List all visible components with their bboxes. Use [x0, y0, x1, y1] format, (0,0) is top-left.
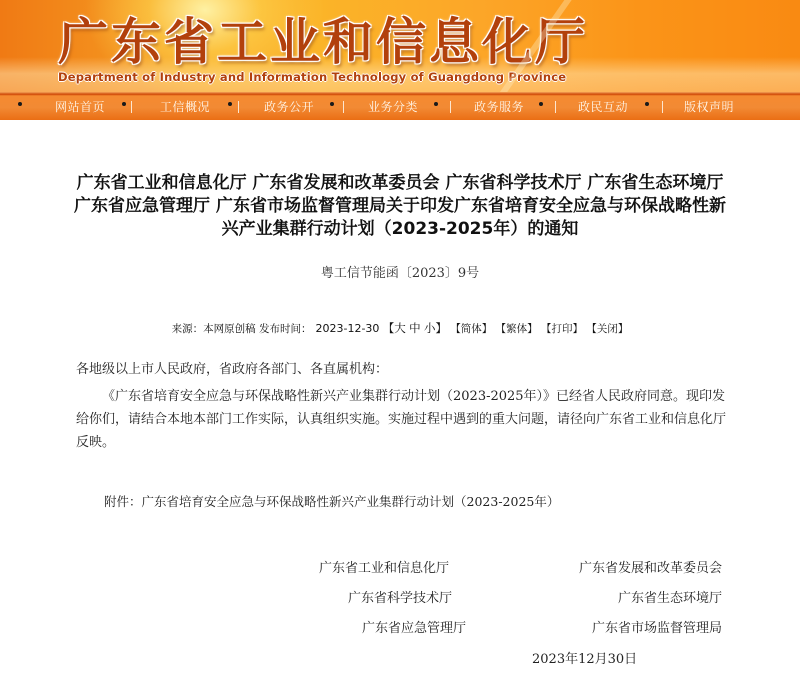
nav-label[interactable]: 业务分类 [368, 98, 418, 115]
simplified-chinese-link[interactable]: 【简体】 [450, 323, 492, 335]
nav-label[interactable]: 政民互动 [578, 98, 628, 115]
publish-label: 发布时间： [259, 323, 312, 335]
nav-divider [555, 101, 556, 113]
nav-label[interactable]: 版权声明 [684, 98, 734, 115]
signatory-left: 广东省科学技术厅 [348, 587, 452, 606]
signatory-left: 广东省工业和信息化厅 [319, 557, 449, 576]
nav-bullet-icon [645, 102, 649, 106]
nav-item-interaction[interactable]: 政民互动 [578, 92, 628, 120]
signatory-right: 广东省发展和改革委员会 [579, 557, 722, 576]
print-link[interactable]: 【打印】 [541, 323, 583, 335]
nav-bullet-icon [228, 102, 232, 106]
signatory-right: 广东省市场监督管理局 [592, 617, 722, 636]
document-number: 粤工信节能函〔2023〕9号 [0, 262, 800, 281]
salutation: 各地级以上市人民政府，省政府各部门、各直属机构： [76, 358, 388, 377]
nav-label[interactable]: 政务公开 [264, 98, 314, 115]
publish-date: 2023-12-30 [316, 322, 380, 335]
nav-label[interactable]: 工信概况 [160, 98, 210, 115]
nav-bullet-icon [330, 102, 334, 106]
nav-divider [662, 101, 663, 113]
attachment-link[interactable]: 附件：广东省培育安全应急与环保战略性新兴产业集群行动计划（2023-2025年） [104, 492, 559, 510]
signing-date: 2023年12月30日 [532, 648, 637, 667]
article-title: 广东省工业和信息化厅 广东省发展和改革委员会 广东省科学技术厅 广东省生态环境厅… [70, 172, 730, 241]
source-value: 本网原创稿 [203, 323, 256, 335]
body-paragraph: 《广东省培育安全应急与环保战略性新兴产业集群行动计划（2023-2025年）》已… [76, 385, 726, 454]
nav-label[interactable]: 政务服务 [474, 98, 524, 115]
nav-label[interactable]: 网站首页 [55, 98, 105, 115]
nav-bullet-icon [539, 102, 543, 106]
site-title: 广东省工业和信息化厅 [58, 14, 588, 70]
nav-divider [450, 101, 451, 113]
nav-item-overview[interactable]: 工信概况 [160, 92, 210, 120]
nav-item-gov-affairs[interactable]: 政务公开 [264, 92, 314, 120]
main-nav: 网站首页 工信概况 政务公开 业务分类 政务服务 政民互动 版权声明 [0, 92, 800, 120]
nav-item-home[interactable]: 网站首页 [55, 92, 105, 120]
site-banner: 广东省工业和信息化厅 Department of Industry and In… [0, 0, 800, 92]
article-meta: 来源：本网原创稿 发布时间：2023-12-30 【大 中 小】 【简体】 【繁… [0, 320, 800, 336]
traditional-chinese-link[interactable]: 【繁体】 [496, 323, 538, 335]
signatory-right: 广东省生态环境厅 [618, 587, 722, 606]
site-subtitle: Department of Industry and Information T… [58, 70, 566, 84]
source-label: 来源： [172, 323, 204, 335]
font-medium-button[interactable]: 中 [409, 321, 421, 335]
nav-divider [343, 101, 344, 113]
font-size-bracket-close: 】 [435, 321, 447, 335]
nav-divider [238, 101, 239, 113]
close-link[interactable]: 【关闭】 [586, 323, 628, 335]
signatory-left: 广东省应急管理厅 [362, 617, 466, 636]
nav-bullet-icon [434, 102, 438, 106]
nav-item-copyright[interactable]: 版权声明 [684, 92, 734, 120]
font-size-bracket-open: 【 [383, 321, 395, 335]
font-large-button[interactable]: 大 [394, 321, 406, 335]
nav-divider [131, 101, 132, 113]
nav-bullet-icon [18, 102, 22, 106]
nav-item-services[interactable]: 政务服务 [474, 92, 524, 120]
font-small-button[interactable]: 小 [424, 321, 436, 335]
nav-bullet-icon [122, 102, 126, 106]
nav-item-business[interactable]: 业务分类 [368, 92, 418, 120]
